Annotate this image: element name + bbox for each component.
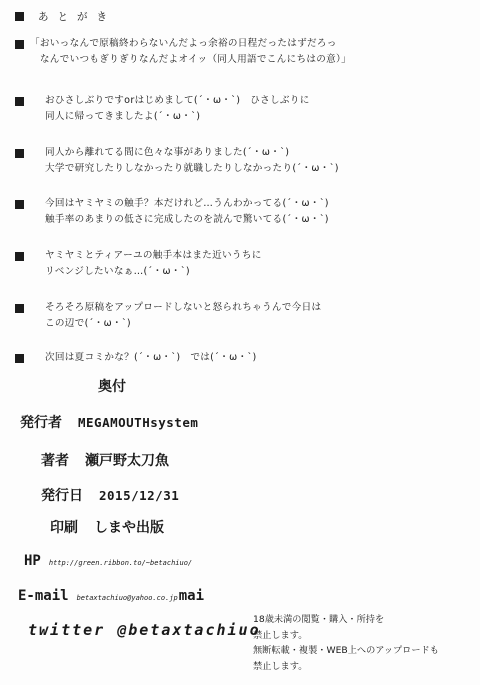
square-bullet-icon (15, 252, 24, 261)
publisher-label: 発行者 (20, 412, 62, 432)
paragraph-line: 次回は夏コミかな？(´・ω・`) では(´・ω・`) (45, 350, 257, 366)
contact-email: E-mail betaxtachiuo@yahoo.co.jp mai (18, 588, 204, 604)
square-bullet-icon (15, 304, 24, 313)
afterword-title: あとがき (38, 9, 116, 24)
square-bullet-icon (15, 97, 24, 106)
email-label: E-mail (18, 588, 69, 604)
colophon-date: 発行日 2015/12/31 (41, 485, 179, 505)
contact-twitter: twitter @betaxtachiuo (28, 621, 261, 639)
twitter-handle-link[interactable]: @betaxtachiuo (117, 621, 260, 639)
notice-line: 禁止します。 (253, 628, 439, 644)
contact-homepage: HP http://green.ribbon.to/~betachiuo/ (24, 553, 192, 569)
afterword-paragraph: ヤミヤミとティアーユの触手本はまた近いうちに リベンジしたいなぁ…(´・ω・`) (15, 248, 262, 280)
paragraph-line: 「おいっなんで原稿終わらないんだよっ余裕の日程だったはずだろっ (30, 36, 351, 52)
square-bullet-icon (15, 149, 24, 158)
afterword-paragraph: そろそろ原稿をアップロードしないと怒られちゃうんで今日は この辺で(´・ω・`) (15, 300, 321, 332)
afterword-paragraph: 同人から離れてる間に色々な事がありました(´・ω・`) 大学で研究したりしなかっ… (15, 145, 339, 177)
paragraph-line: 同人に帰ってきましたよ(´・ω・`) (45, 109, 310, 125)
author-label: 著者 (41, 450, 69, 470)
hp-label: HP (24, 553, 41, 569)
paragraph-line: リベンジしたいなぁ…(´・ω・`) (45, 264, 262, 280)
colophon-publisher: 発行者 MEGAMOUTHsystem (20, 412, 198, 432)
afterword-page: あとがき 「おいっなんで原稿終わらないんだよっ余裕の日程だったはずだろっ なんで… (0, 0, 480, 685)
colophon-author: 著者 瀬戸野太刀魚 (41, 450, 169, 470)
author-value: 瀬戸野太刀魚 (85, 450, 169, 470)
afterword-paragraph: 今回はヤミヤミの触手？本だけれど…うんわかってる(´・ω・`) 触手率のあまりの… (15, 196, 329, 228)
paragraph-line: おひさしぶりですorはじめまして(´・ω・`) ひさしぶりに (45, 93, 310, 109)
printer-label: 印刷 (50, 517, 78, 537)
email-link[interactable]: betaxtachiuo@yahoo.co.jp (77, 594, 178, 602)
date-label: 発行日 (41, 485, 83, 505)
age-restriction-notice: 18歳未満の閲覧・購入・所持を 禁止します。 無断転載・複製・WEB上へのアップ… (253, 612, 439, 674)
afterword-heading: あとがき (15, 9, 116, 24)
date-value: 2015/12/31 (99, 488, 179, 503)
hp-url-link[interactable]: http://green.ribbon.to/~betachiuo/ (49, 559, 192, 567)
paragraph-line: 同人から離れてる間に色々な事がありました(´・ω・`) (45, 145, 339, 161)
afterword-paragraph: 次回は夏コミかな？(´・ω・`) では(´・ω・`) (15, 350, 257, 366)
printer-value: しまや出版 (94, 517, 164, 537)
colophon-printer: 印刷 しまや出版 (50, 517, 164, 537)
colophon-title: 奥付 (98, 376, 126, 396)
afterword-paragraph: 「おいっなんで原稿終わらないんだよっ余裕の日程だったはずだろっ なんでいつもぎり… (15, 36, 351, 68)
paragraph-line: ヤミヤミとティアーユの触手本はまた近いうちに (45, 248, 262, 264)
twitter-label: twitter (28, 621, 105, 639)
notice-line: 18歳未満の閲覧・購入・所持を (253, 612, 439, 628)
notice-line: 無断転載・複製・WEB上へのアップロードも (253, 643, 439, 659)
afterword-paragraph: おひさしぶりですorはじめまして(´・ω・`) ひさしぶりに 同人に帰ってきまし… (15, 93, 310, 125)
square-bullet-icon (15, 12, 24, 21)
square-bullet-icon (15, 40, 24, 49)
paragraph-line: 大学で研究したりしなかったり就職したりしなかったり(´・ω・`) (45, 161, 339, 177)
paragraph-line: そろそろ原稿をアップロードしないと怒られちゃうんで今日は (45, 300, 321, 316)
publisher-value: MEGAMOUTHsystem (78, 415, 198, 430)
paragraph-line: この辺で(´・ω・`) (45, 316, 321, 332)
notice-line: 禁止します。 (253, 659, 439, 675)
paragraph-line: 触手率のあまりの低さに完成したのを読んで驚いてる(´・ω・`) (45, 212, 329, 228)
paragraph-line: 今回はヤミヤミの触手？本だけれど…うんわかってる(´・ω・`) (45, 196, 329, 212)
email-suffix: mai (179, 588, 204, 604)
square-bullet-icon (15, 200, 24, 209)
square-bullet-icon (15, 354, 24, 363)
paragraph-line: なんでいつもぎりぎりなんだよオイッ（同人用語でこんにちはの意）」 (30, 52, 351, 68)
